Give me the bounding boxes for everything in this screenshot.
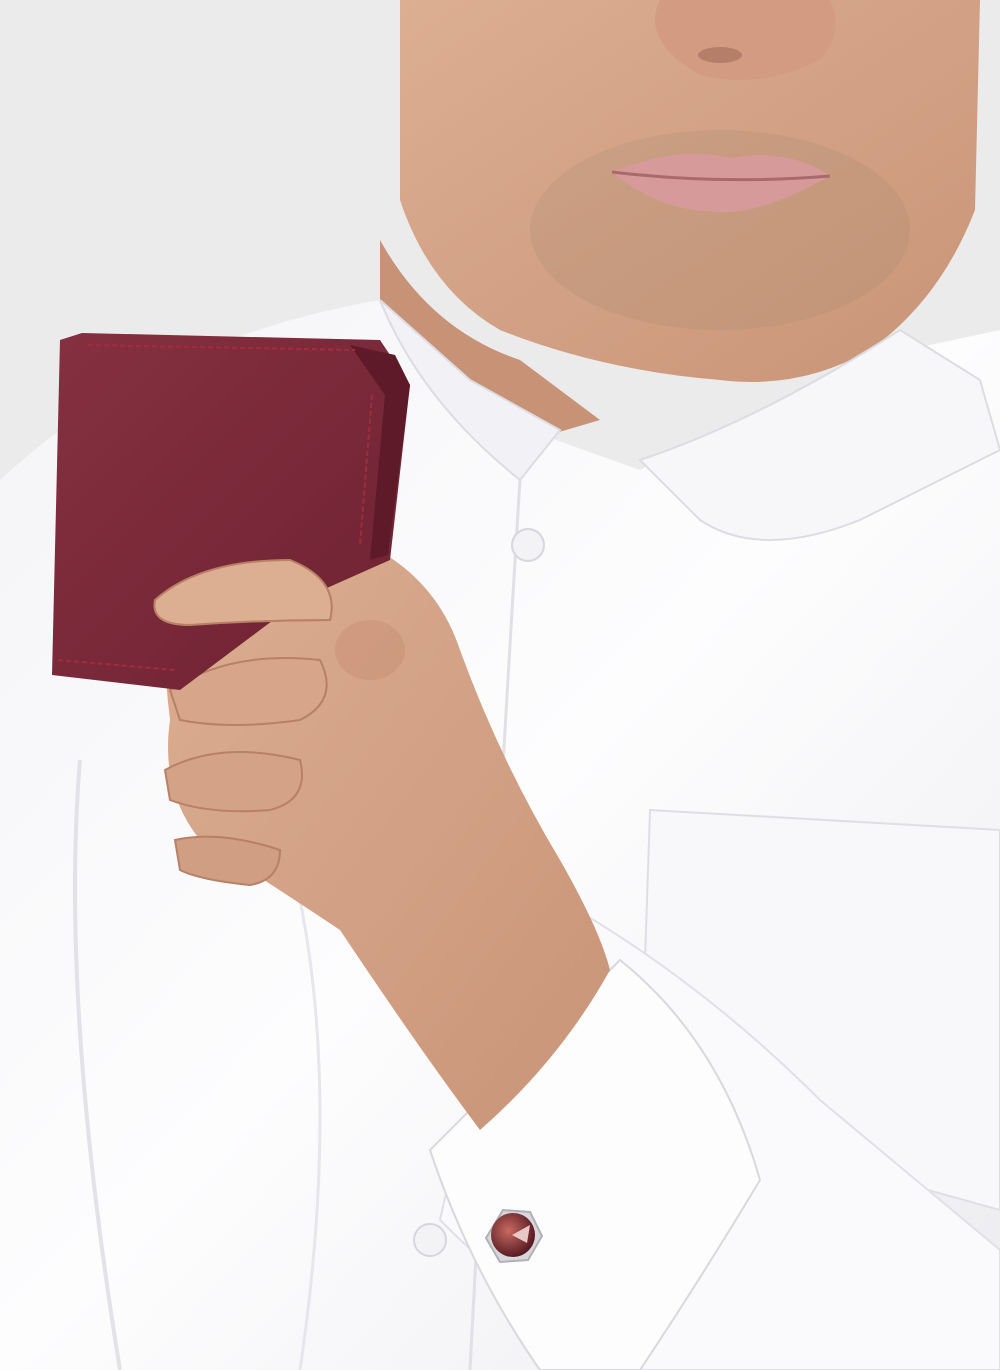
shirt-button bbox=[512, 529, 544, 561]
shirt-button bbox=[414, 1224, 446, 1256]
photo-illustration bbox=[0, 0, 1000, 1370]
product-photo bbox=[0, 0, 1000, 1370]
